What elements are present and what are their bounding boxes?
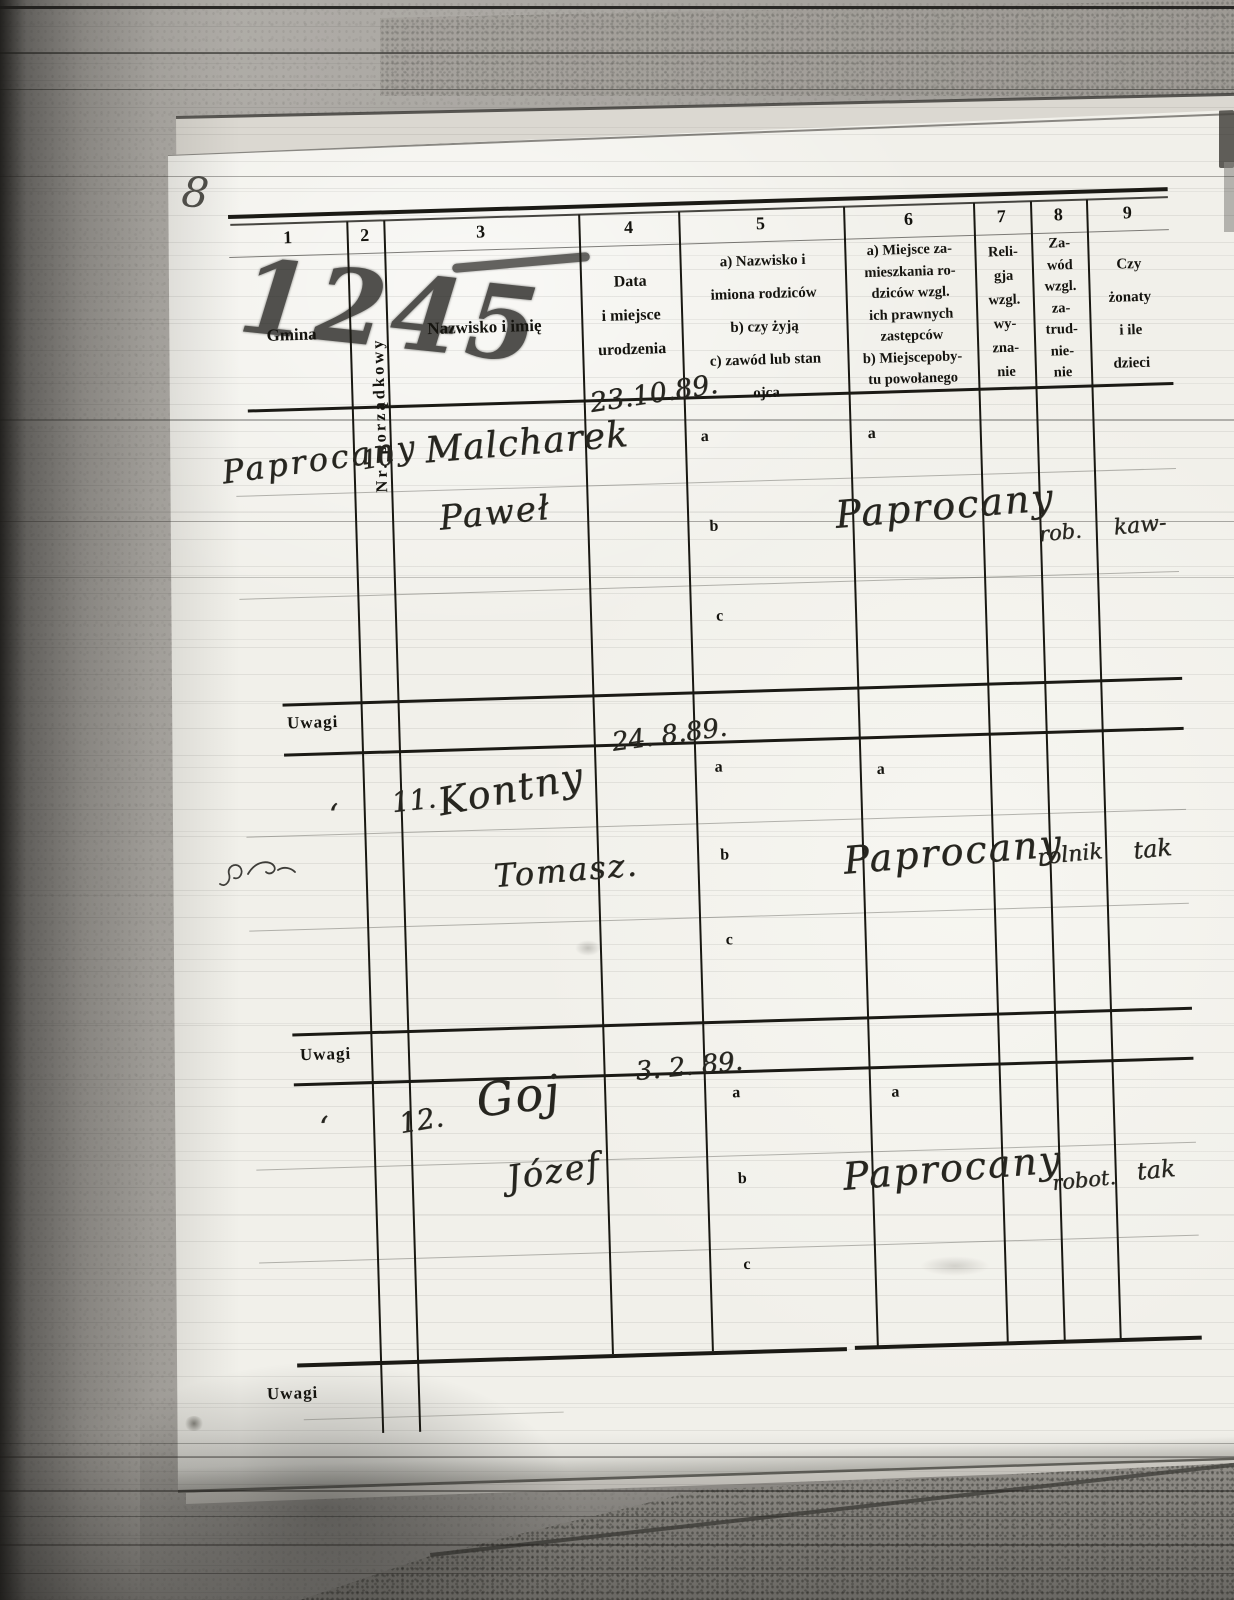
scan-line xyxy=(0,1573,1234,1574)
scan-line xyxy=(0,6,1234,9)
scan-line xyxy=(0,52,1234,54)
scan-line xyxy=(0,1443,1234,1444)
scan-lines-overlay xyxy=(0,0,1234,1600)
scanned-register-page: 8 1245 xyxy=(0,0,1234,1600)
scan-line xyxy=(0,577,1234,578)
scan-line xyxy=(0,1456,1234,1458)
scan-line xyxy=(0,1516,1234,1517)
scan-line xyxy=(0,176,1234,177)
scan-line xyxy=(0,521,1234,522)
scan-line xyxy=(0,419,1234,421)
scan-line xyxy=(0,89,1234,90)
scan-line xyxy=(0,1544,1234,1546)
scan-line xyxy=(0,1490,1234,1492)
